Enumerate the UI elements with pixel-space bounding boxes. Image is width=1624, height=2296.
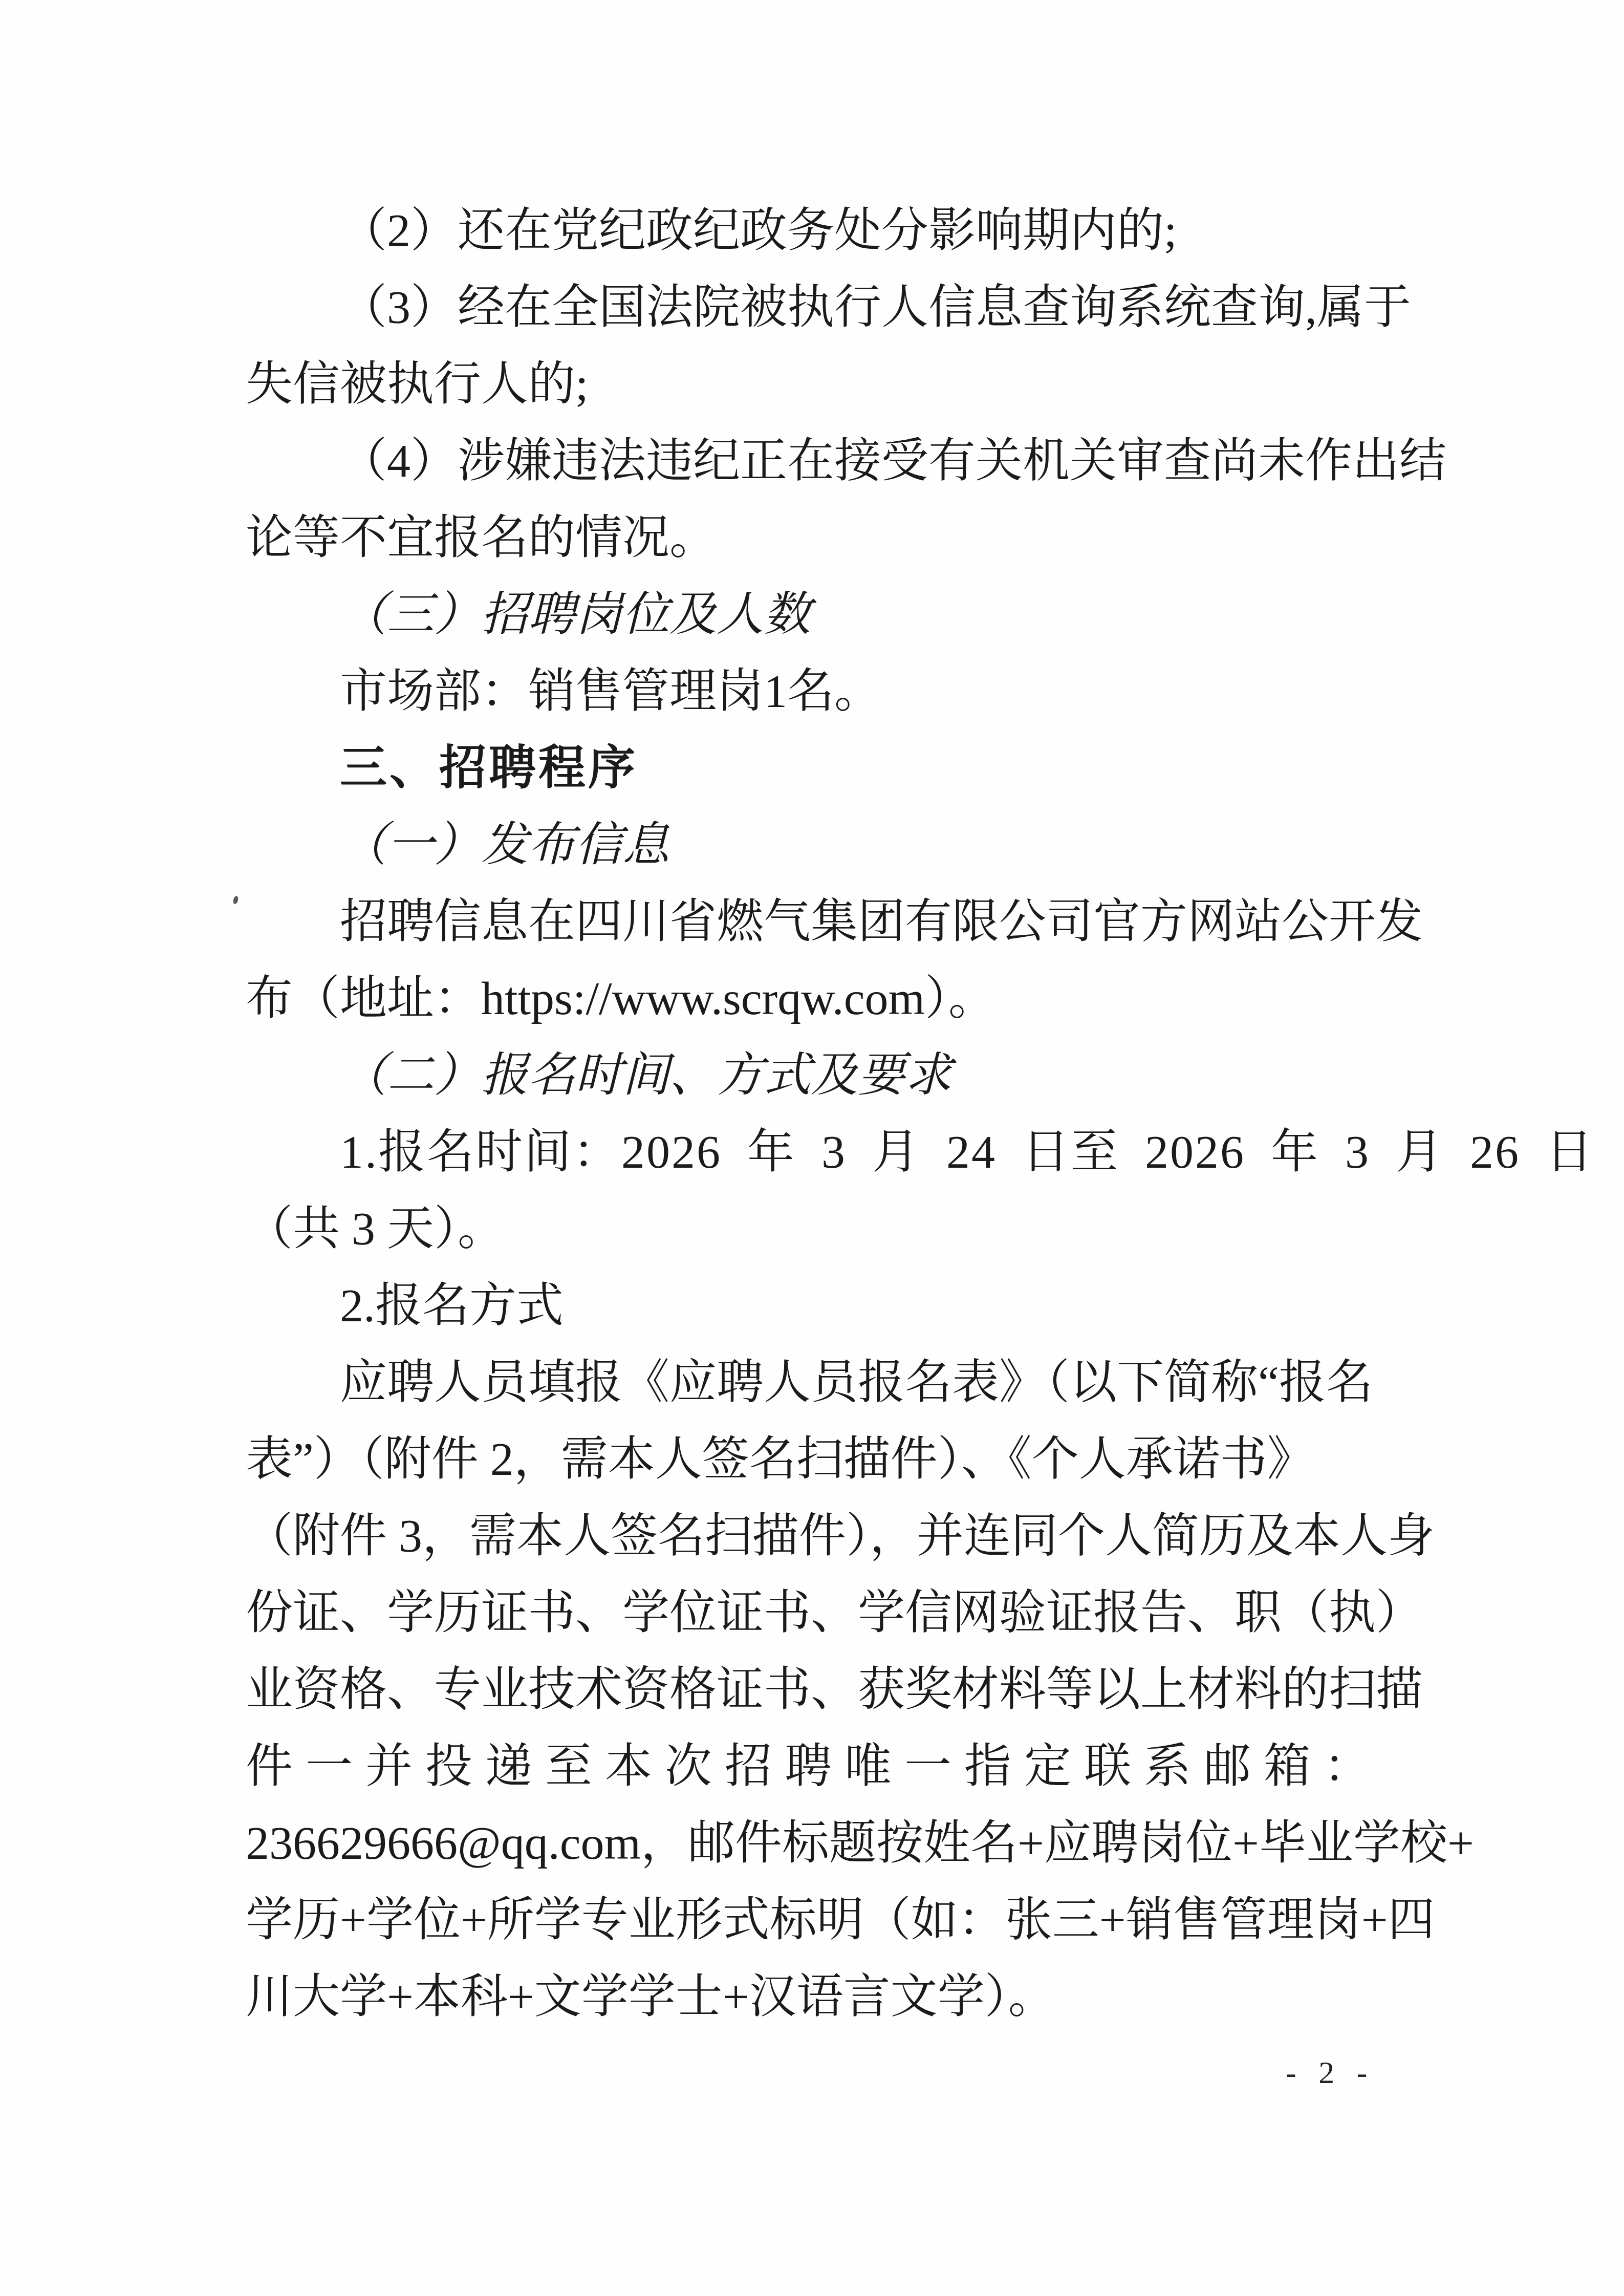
text-line: 业资格、专业技术资格证书、获奖材料等以上材料的扫描 — [246, 1651, 1378, 1728]
text-line: 应聘人员填报《应聘人员报名表》（以下简称“报名 — [246, 1344, 1378, 1421]
text-line: 1.报名时间：2026 年 3 月 24 日至 2026 年 3 月 26 日 — [246, 1113, 1378, 1190]
document-page: （2）还在党纪政纪政务处分影响期内的;（3）经在全国法院被执行人信息查询系统查询… — [0, 0, 1624, 2296]
text-line: （二）报名时间、方式及要求 — [246, 1037, 1378, 1113]
text-line: 川大学+本科+文学学士+汉语言文学）。 — [246, 1958, 1378, 2035]
text-line: 件一并投递至本次招聘唯一指定联系邮箱： — [246, 1728, 1378, 1805]
text-line: （2）还在党纪政纪政务处分影响期内的; — [246, 192, 1378, 269]
text-line: 失信被执行人的; — [246, 346, 1378, 422]
text-line: 236629666@qq.com，邮件标题按姓名+应聘岗位+毕业学校+ — [246, 1805, 1378, 1881]
text-line: 2.报名方式 — [246, 1267, 1378, 1344]
text-line: （4）涉嫌违法违纪正在接受有关机关审查尚未作出结 — [246, 422, 1378, 499]
text-line: 份证、学历证书、学位证书、学信网验证报告、职（执） — [246, 1574, 1378, 1651]
text-line: （共 3 天）。 — [246, 1190, 1378, 1267]
text-line: （三）招聘岗位及人数 — [246, 576, 1378, 653]
text-line: 表”）（附件 2，需本人签名扫描件）、《个人承诺书》 — [246, 1421, 1378, 1497]
text-line: 论等不宜报名的情况。 — [246, 499, 1378, 576]
text-line: 三、招聘程序 — [246, 729, 1378, 806]
text-line: 学历+学位+所学专业形式标明（如：张三+销售管理岗+四 — [246, 1881, 1378, 1958]
text-line: （3）经在全国法院被执行人信息查询系统查询,属于 — [246, 269, 1378, 346]
scan-speck-artifact — [232, 895, 240, 905]
text-line: （附件 3，需本人签名扫描件），并连同个人简历及本人身 — [246, 1497, 1378, 1574]
text-line: （一）发布信息 — [246, 806, 1378, 883]
text-line: 布（地址：https://www.scrqw.com）。 — [246, 960, 1378, 1037]
page-number: - 2 - — [1286, 2054, 1374, 2092]
text-line: 市场部：销售管理岗1名。 — [246, 653, 1378, 729]
text-line: 招聘信息在四川省燃气集团有限公司官方网站公开发 — [246, 883, 1378, 960]
document-body: （2）还在党纪政纪政务处分影响期内的;（3）经在全国法院被执行人信息查询系统查询… — [246, 192, 1378, 2035]
